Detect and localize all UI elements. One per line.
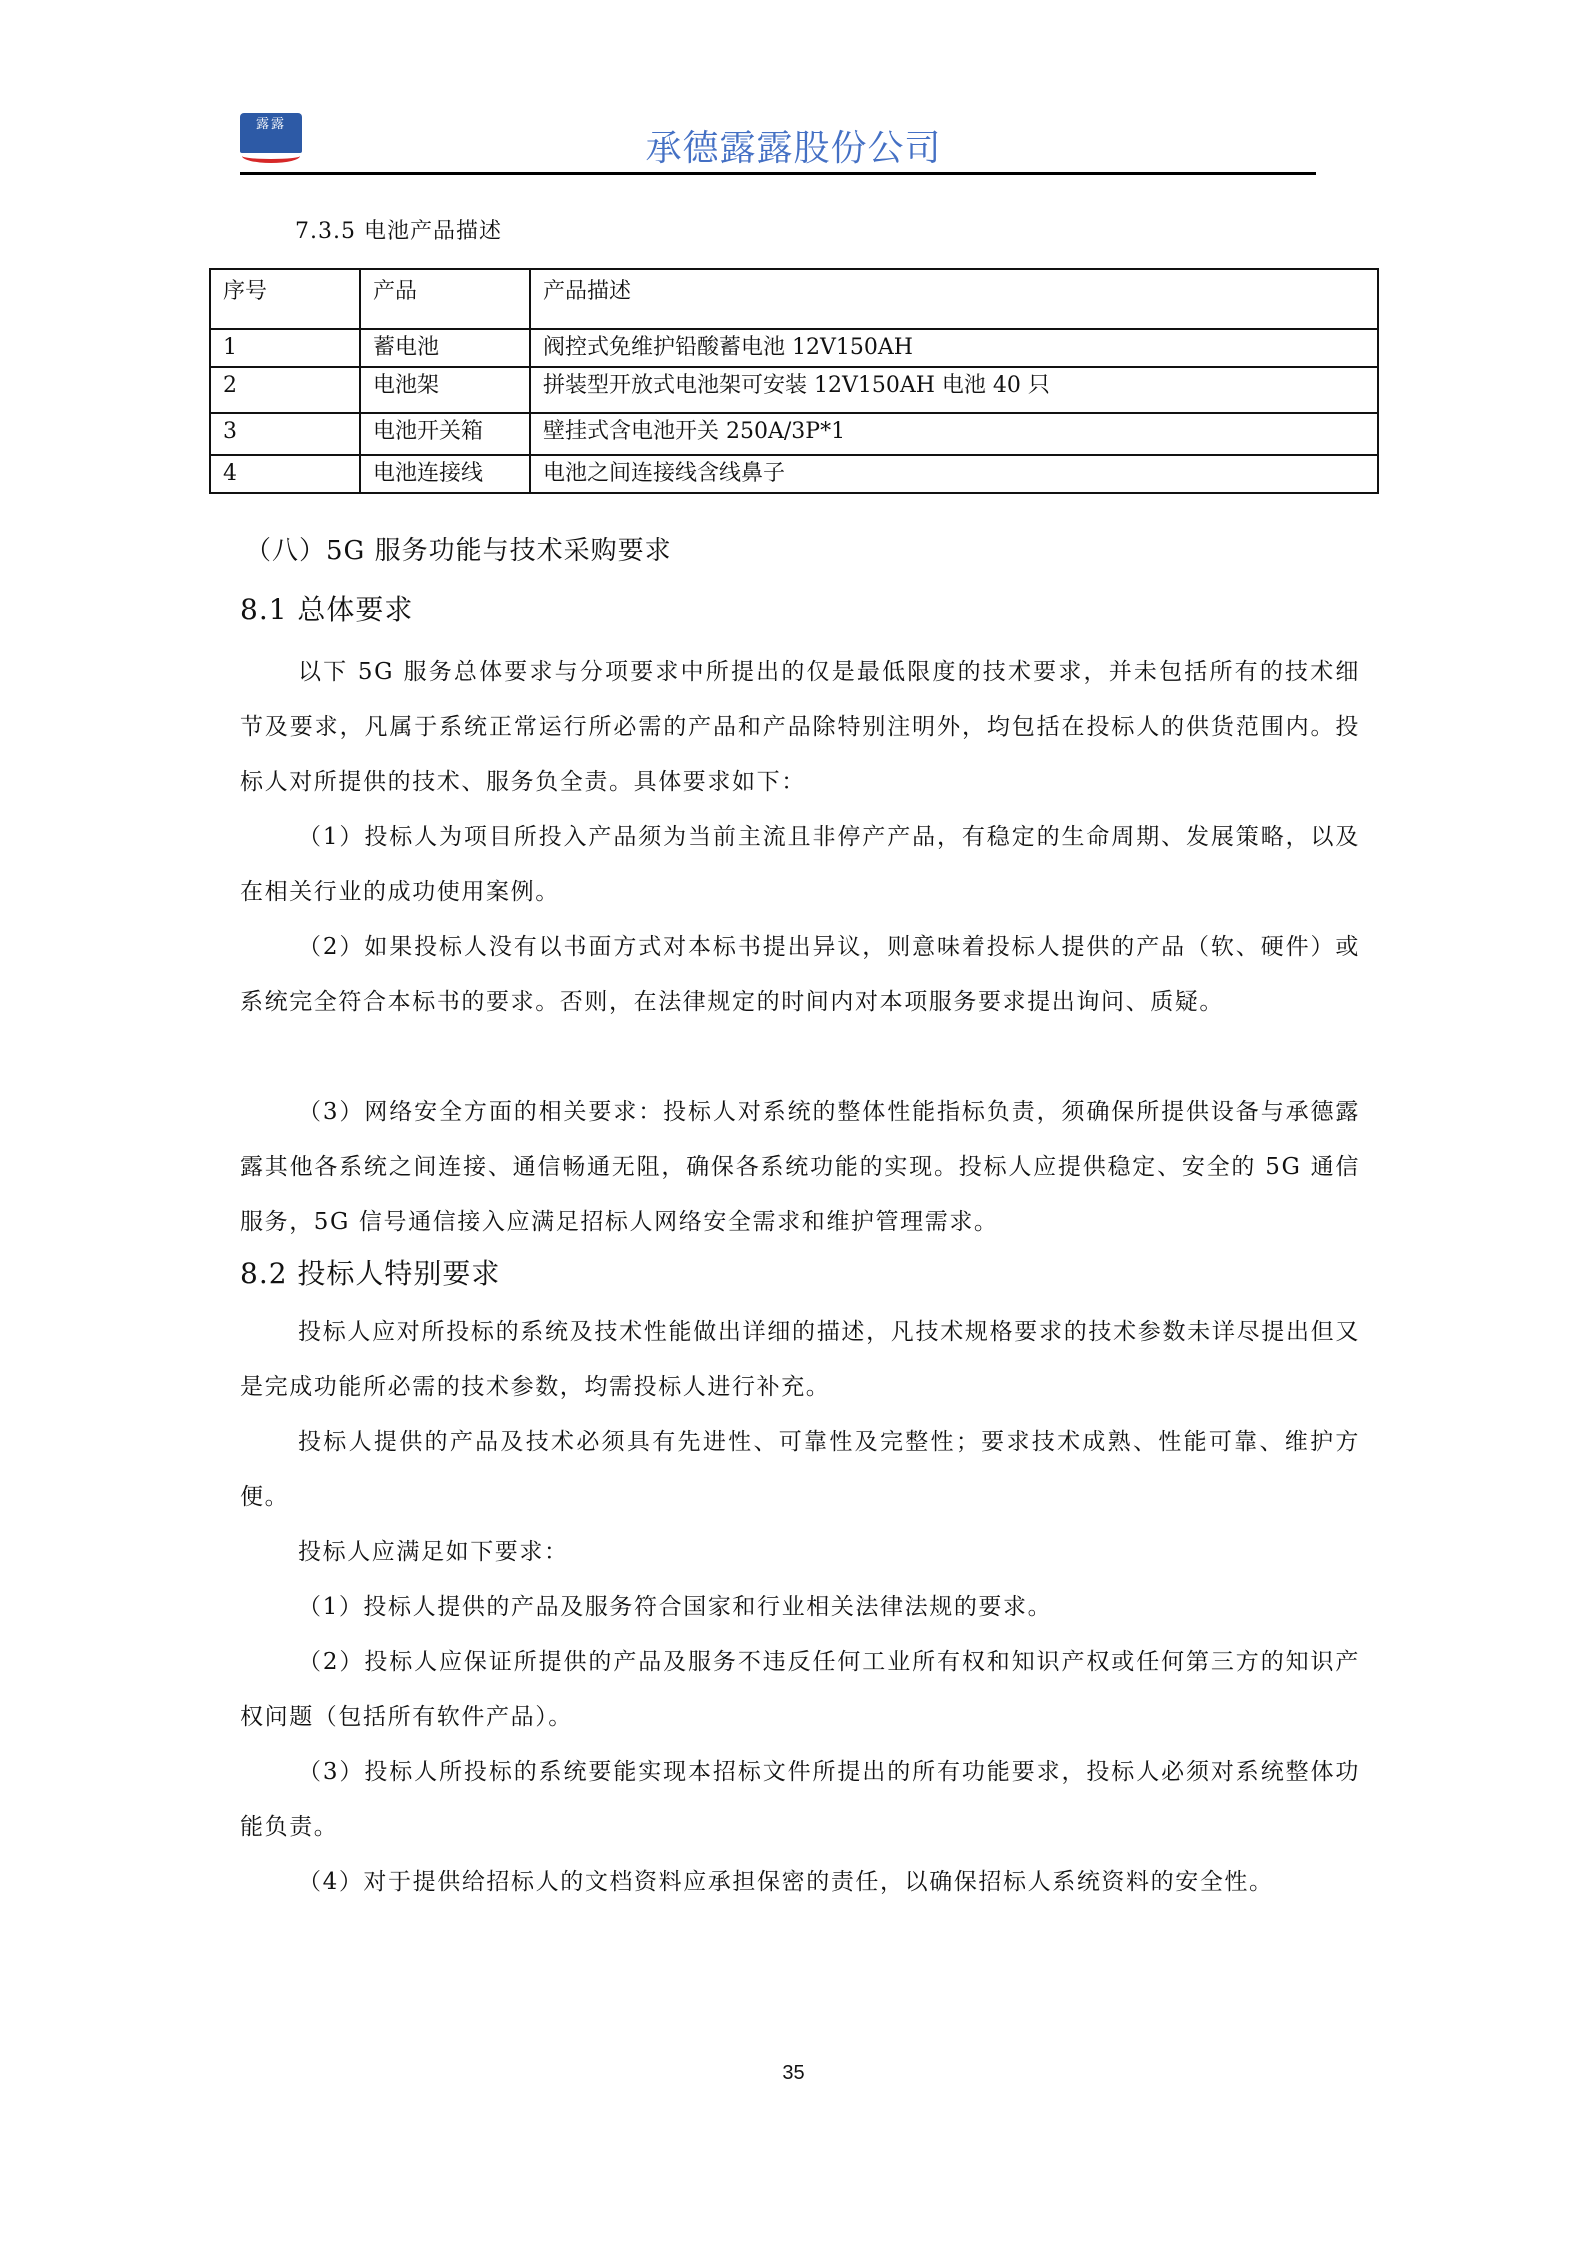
battery-product-table: 序号 产品 产品描述 1 蓄电池 阀控式免维护铅酸蓄电池 12V150AH 2 … bbox=[209, 268, 1379, 494]
company-name: 承德露露股份公司 bbox=[0, 120, 1587, 171]
paragraph: （1）投标人为项目所投入产品须为当前主流且非停产产品，有稳定的生命周期、发展策略… bbox=[240, 810, 1360, 920]
table-cell: 1 bbox=[210, 329, 360, 367]
table-cell: 电池连接线 bbox=[360, 455, 530, 493]
table-cell: 4 bbox=[210, 455, 360, 493]
paragraph: （1）投标人提供的产品及服务符合国家和行业相关法律法规的要求。 bbox=[240, 1580, 1360, 1635]
table-cell: 3 bbox=[210, 413, 360, 455]
paragraph: 投标人应满足如下要求： bbox=[240, 1525, 1360, 1580]
table-row: 2 电池架 拼装型开放式电池架可安装 12V150AH 电池 40 只 bbox=[210, 367, 1378, 413]
section-title-735: 7.3.5 电池产品描述 bbox=[295, 214, 502, 245]
table-cell: 电池开关箱 bbox=[360, 413, 530, 455]
table-cell: 阀控式免维护铅酸蓄电池 12V150AH bbox=[530, 329, 1378, 367]
table-header-row: 序号 产品 产品描述 bbox=[210, 269, 1378, 329]
paragraph: （2）如果投标人没有以书面方式对本标书提出异议，则意味着投标人提供的产品（软、硬… bbox=[240, 920, 1360, 1030]
column-header: 产品描述 bbox=[530, 269, 1378, 329]
paragraph: 投标人提供的产品及技术必须具有先进性、可靠性及完整性；要求技术成熟、性能可靠、维… bbox=[240, 1415, 1360, 1525]
table-cell: 电池架 bbox=[360, 367, 530, 413]
column-header: 序号 bbox=[210, 269, 360, 329]
paragraph: （2）投标人应保证所提供的产品及服务不违反任何工业所有权和知识产权或任何第三方的… bbox=[240, 1635, 1360, 1745]
table-cell: 壁挂式含电池开关 250A/3P*1 bbox=[530, 413, 1378, 455]
paragraph: （4）对于提供给招标人的文档资料应承担保密的责任，以确保招标人系统资料的安全性。 bbox=[240, 1855, 1360, 1910]
table-cell: 电池之间连接线含线鼻子 bbox=[530, 455, 1378, 493]
paragraph: （3）网络安全方面的相关要求：投标人对系统的整体性能指标负责，须确保所提供设备与… bbox=[240, 1085, 1360, 1250]
table-row: 3 电池开关箱 壁挂式含电池开关 250A/3P*1 bbox=[210, 413, 1378, 455]
table-cell: 拼装型开放式电池架可安装 12V150AH 电池 40 只 bbox=[530, 367, 1378, 413]
chapter-title: （八）5G 服务功能与技术采购要求 bbox=[245, 530, 672, 567]
table-row: 4 电池连接线 电池之间连接线含线鼻子 bbox=[210, 455, 1378, 493]
paragraph: （3）投标人所投标的系统要能实现本招标文件所提出的所有功能要求，投标人必须对系统… bbox=[240, 1745, 1360, 1855]
paragraph: 以下 5G 服务总体要求与分项要求中所提出的仅是最低限度的技术要求，并未包括所有… bbox=[240, 645, 1360, 810]
paragraph: 投标人应对所投标的系统及技术性能做出详细的描述，凡技术规格要求的技术参数未详尽提… bbox=[240, 1305, 1360, 1415]
table-cell: 2 bbox=[210, 367, 360, 413]
table-row: 1 蓄电池 阀控式免维护铅酸蓄电池 12V150AH bbox=[210, 329, 1378, 367]
section-title-82: 8.2 投标人特别要求 bbox=[240, 1252, 500, 1292]
section-title-81: 8.1 总体要求 bbox=[240, 588, 413, 628]
page-number: 35 bbox=[0, 2062, 1587, 2085]
header-divider bbox=[240, 172, 1316, 175]
column-header: 产品 bbox=[360, 269, 530, 329]
table-cell: 蓄电池 bbox=[360, 329, 530, 367]
